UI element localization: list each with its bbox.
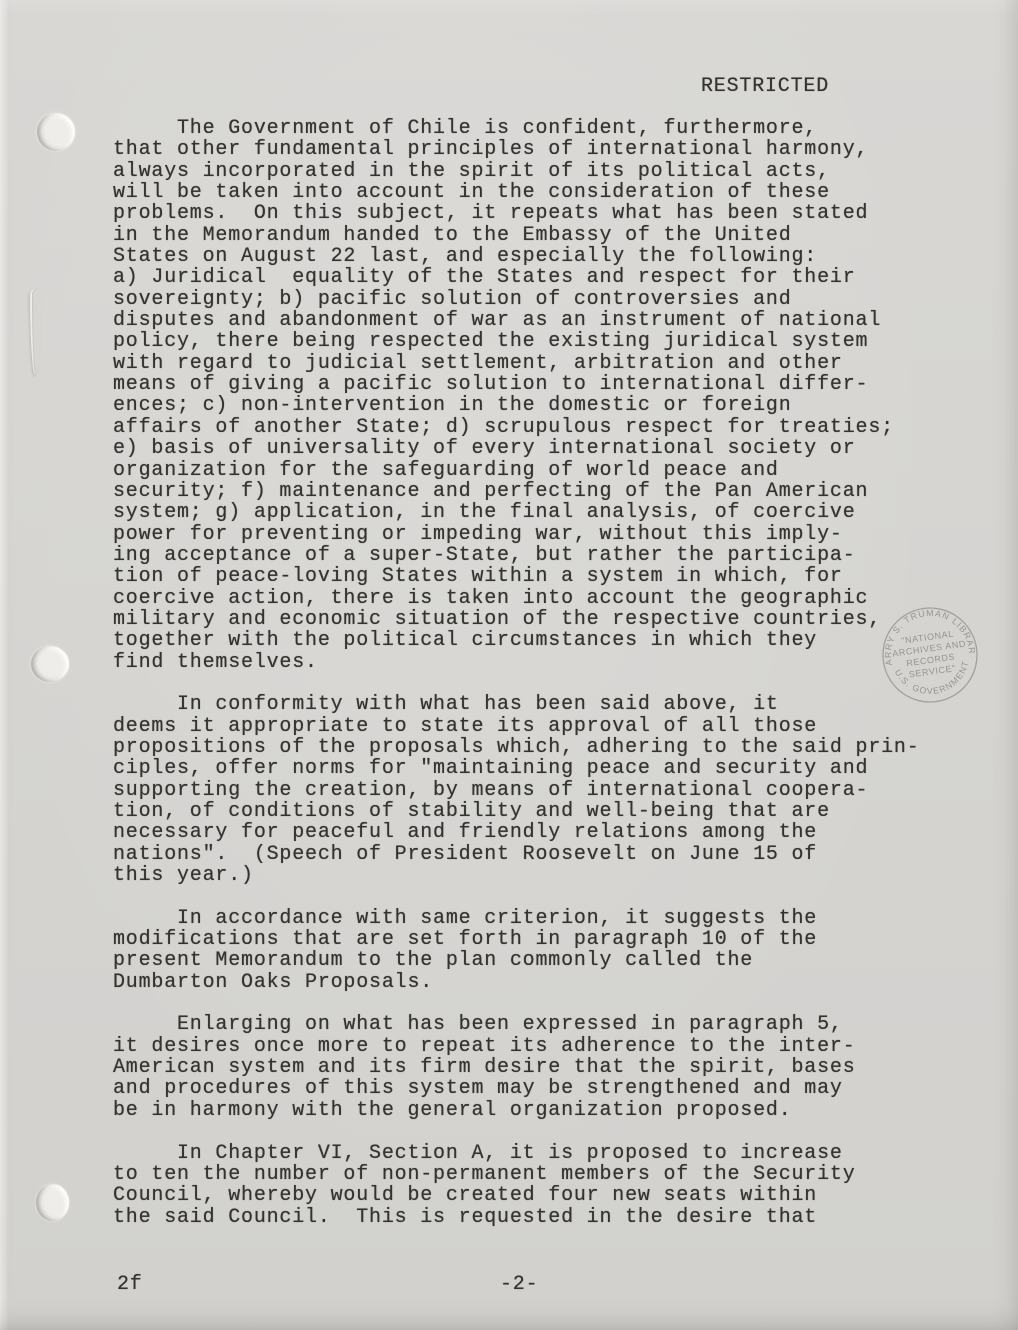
document-body: The Government of Chile is confident, fu… [113, 118, 920, 1228]
page-number: -2- [500, 1274, 538, 1295]
file-mark: 2f [117, 1274, 143, 1295]
paper-crease [30, 288, 41, 376]
scanned-document-page: RESTRICTED The Government of Chile is co… [0, 0, 1018, 1330]
classification-label: RESTRICTED [701, 76, 829, 97]
punch-hole [31, 646, 69, 682]
punch-hole [37, 113, 75, 151]
national-archives-stamp-icon: HARRY S. TRUMAN LIBRARY U.S. GOVERNMENT … [851, 576, 1009, 734]
punch-hole [36, 1184, 69, 1221]
